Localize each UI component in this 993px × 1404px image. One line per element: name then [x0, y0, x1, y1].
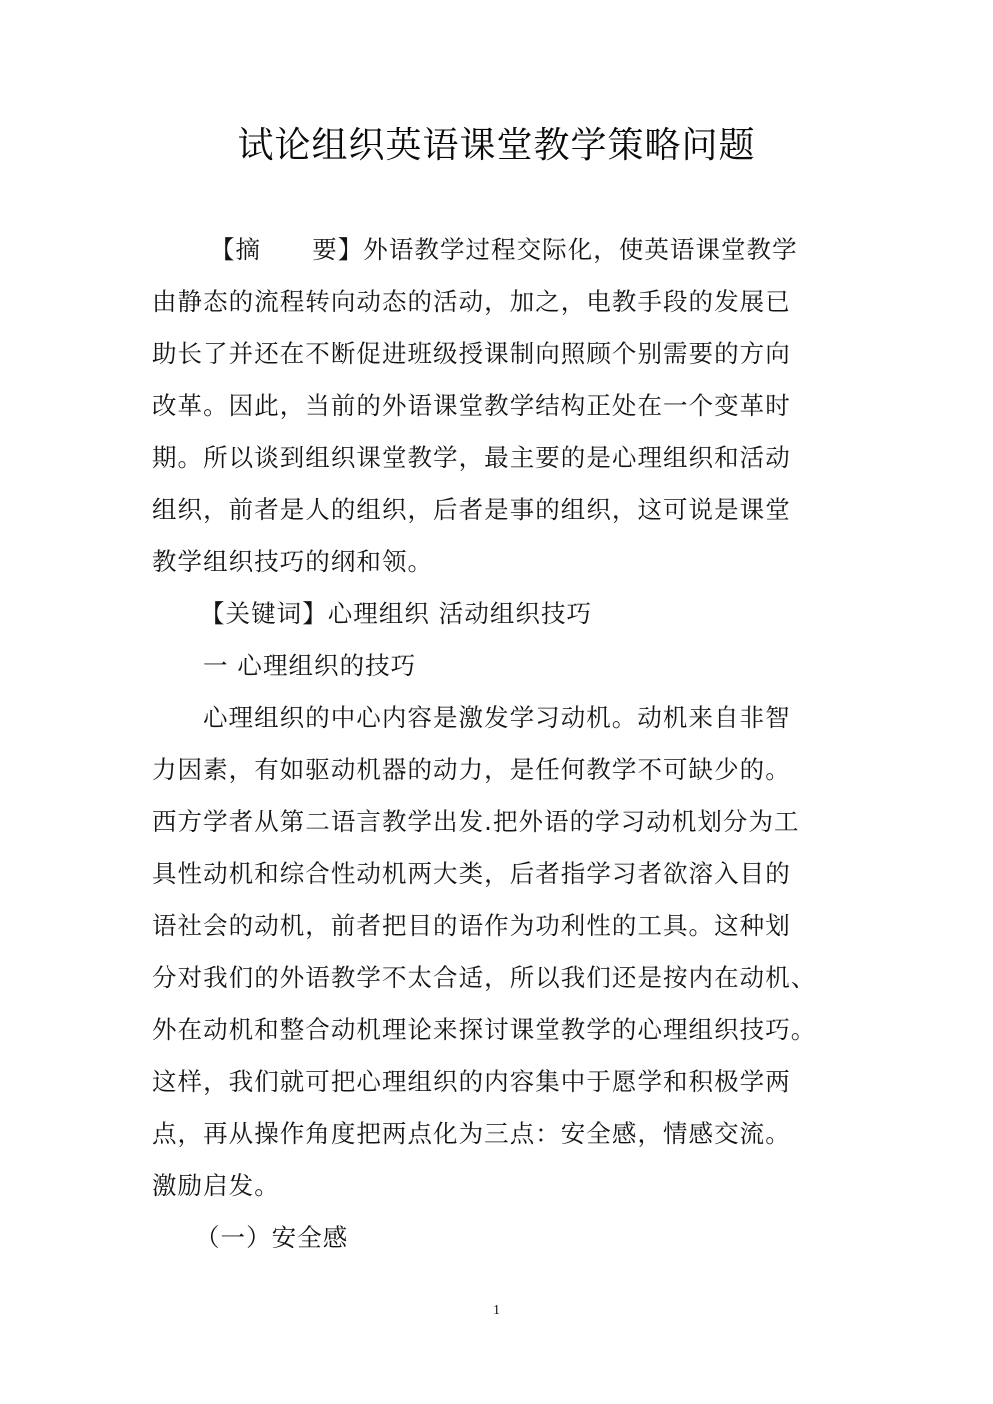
body-line: 激励启发。 [152, 1169, 280, 1203]
body-line: 这样，我们就可把心理组织的内容集中于愿学和积极学两 [152, 1065, 791, 1099]
body-line: 力因素，有如驱动机器的动力，是任何教学不可缺少的。 [152, 753, 791, 787]
abstract-line: 教学组织技巧的纲和领。 [152, 545, 433, 579]
abstract-line: 改革。因此，当前的外语课堂教学结构正处在一个变革时 [152, 389, 791, 423]
body-line: 语社会的动机，前者把目的语作为功利性的工具。这种划 [152, 909, 791, 943]
body-line: 点，再从操作角度把两点化为三点：安全感，情感交流。 [152, 1117, 791, 1151]
abstract-line: 助长了并还在不断促进班级授课制向照顾个别需要的方向 [152, 337, 791, 371]
document-title: 试论组织英语课堂教学策略问题 [0, 122, 993, 170]
body-line: 西方学者从第二语言教学出发.把外语的学习动机划分为工 [152, 805, 800, 839]
section-heading: 一 心理组织的技巧 [203, 649, 416, 683]
document-page: 试论组织英语课堂教学策略问题 【摘 要】外语教学过程交际化，使英语课堂教学 由静… [0, 0, 993, 1404]
body-line: 心理组织的中心内容是激发学习动机。动机来自非智 [203, 701, 791, 735]
body-line: 外在动机和整合动机理论来探讨课堂教学的心理组织技巧。 [152, 1013, 816, 1047]
keywords-line: 【关键词】心理组织 活动组织技巧 [200, 597, 592, 631]
abstract-line: 期。所以谈到组织课堂教学，最主要的是心理组织和活动 [152, 441, 791, 475]
body-line: 分对我们的外语教学不太合适，所以我们还是按内在动机、 [152, 961, 816, 995]
body-line: 具性动机和综合性动机两大类，后者指学习者欲溶入目的 [152, 857, 791, 891]
abstract-line: 组织，前者是人的组织，后者是事的组织，这可说是课堂 [152, 493, 791, 527]
page-number: 1 [0, 1302, 993, 1320]
subsection-heading: （一）安全感 [195, 1221, 348, 1255]
abstract-line: 【摘 要】外语教学过程交际化，使英语课堂教学 [210, 233, 798, 267]
abstract-line: 由静态的流程转向动态的活动，加之，电教手段的发展已 [152, 285, 791, 319]
